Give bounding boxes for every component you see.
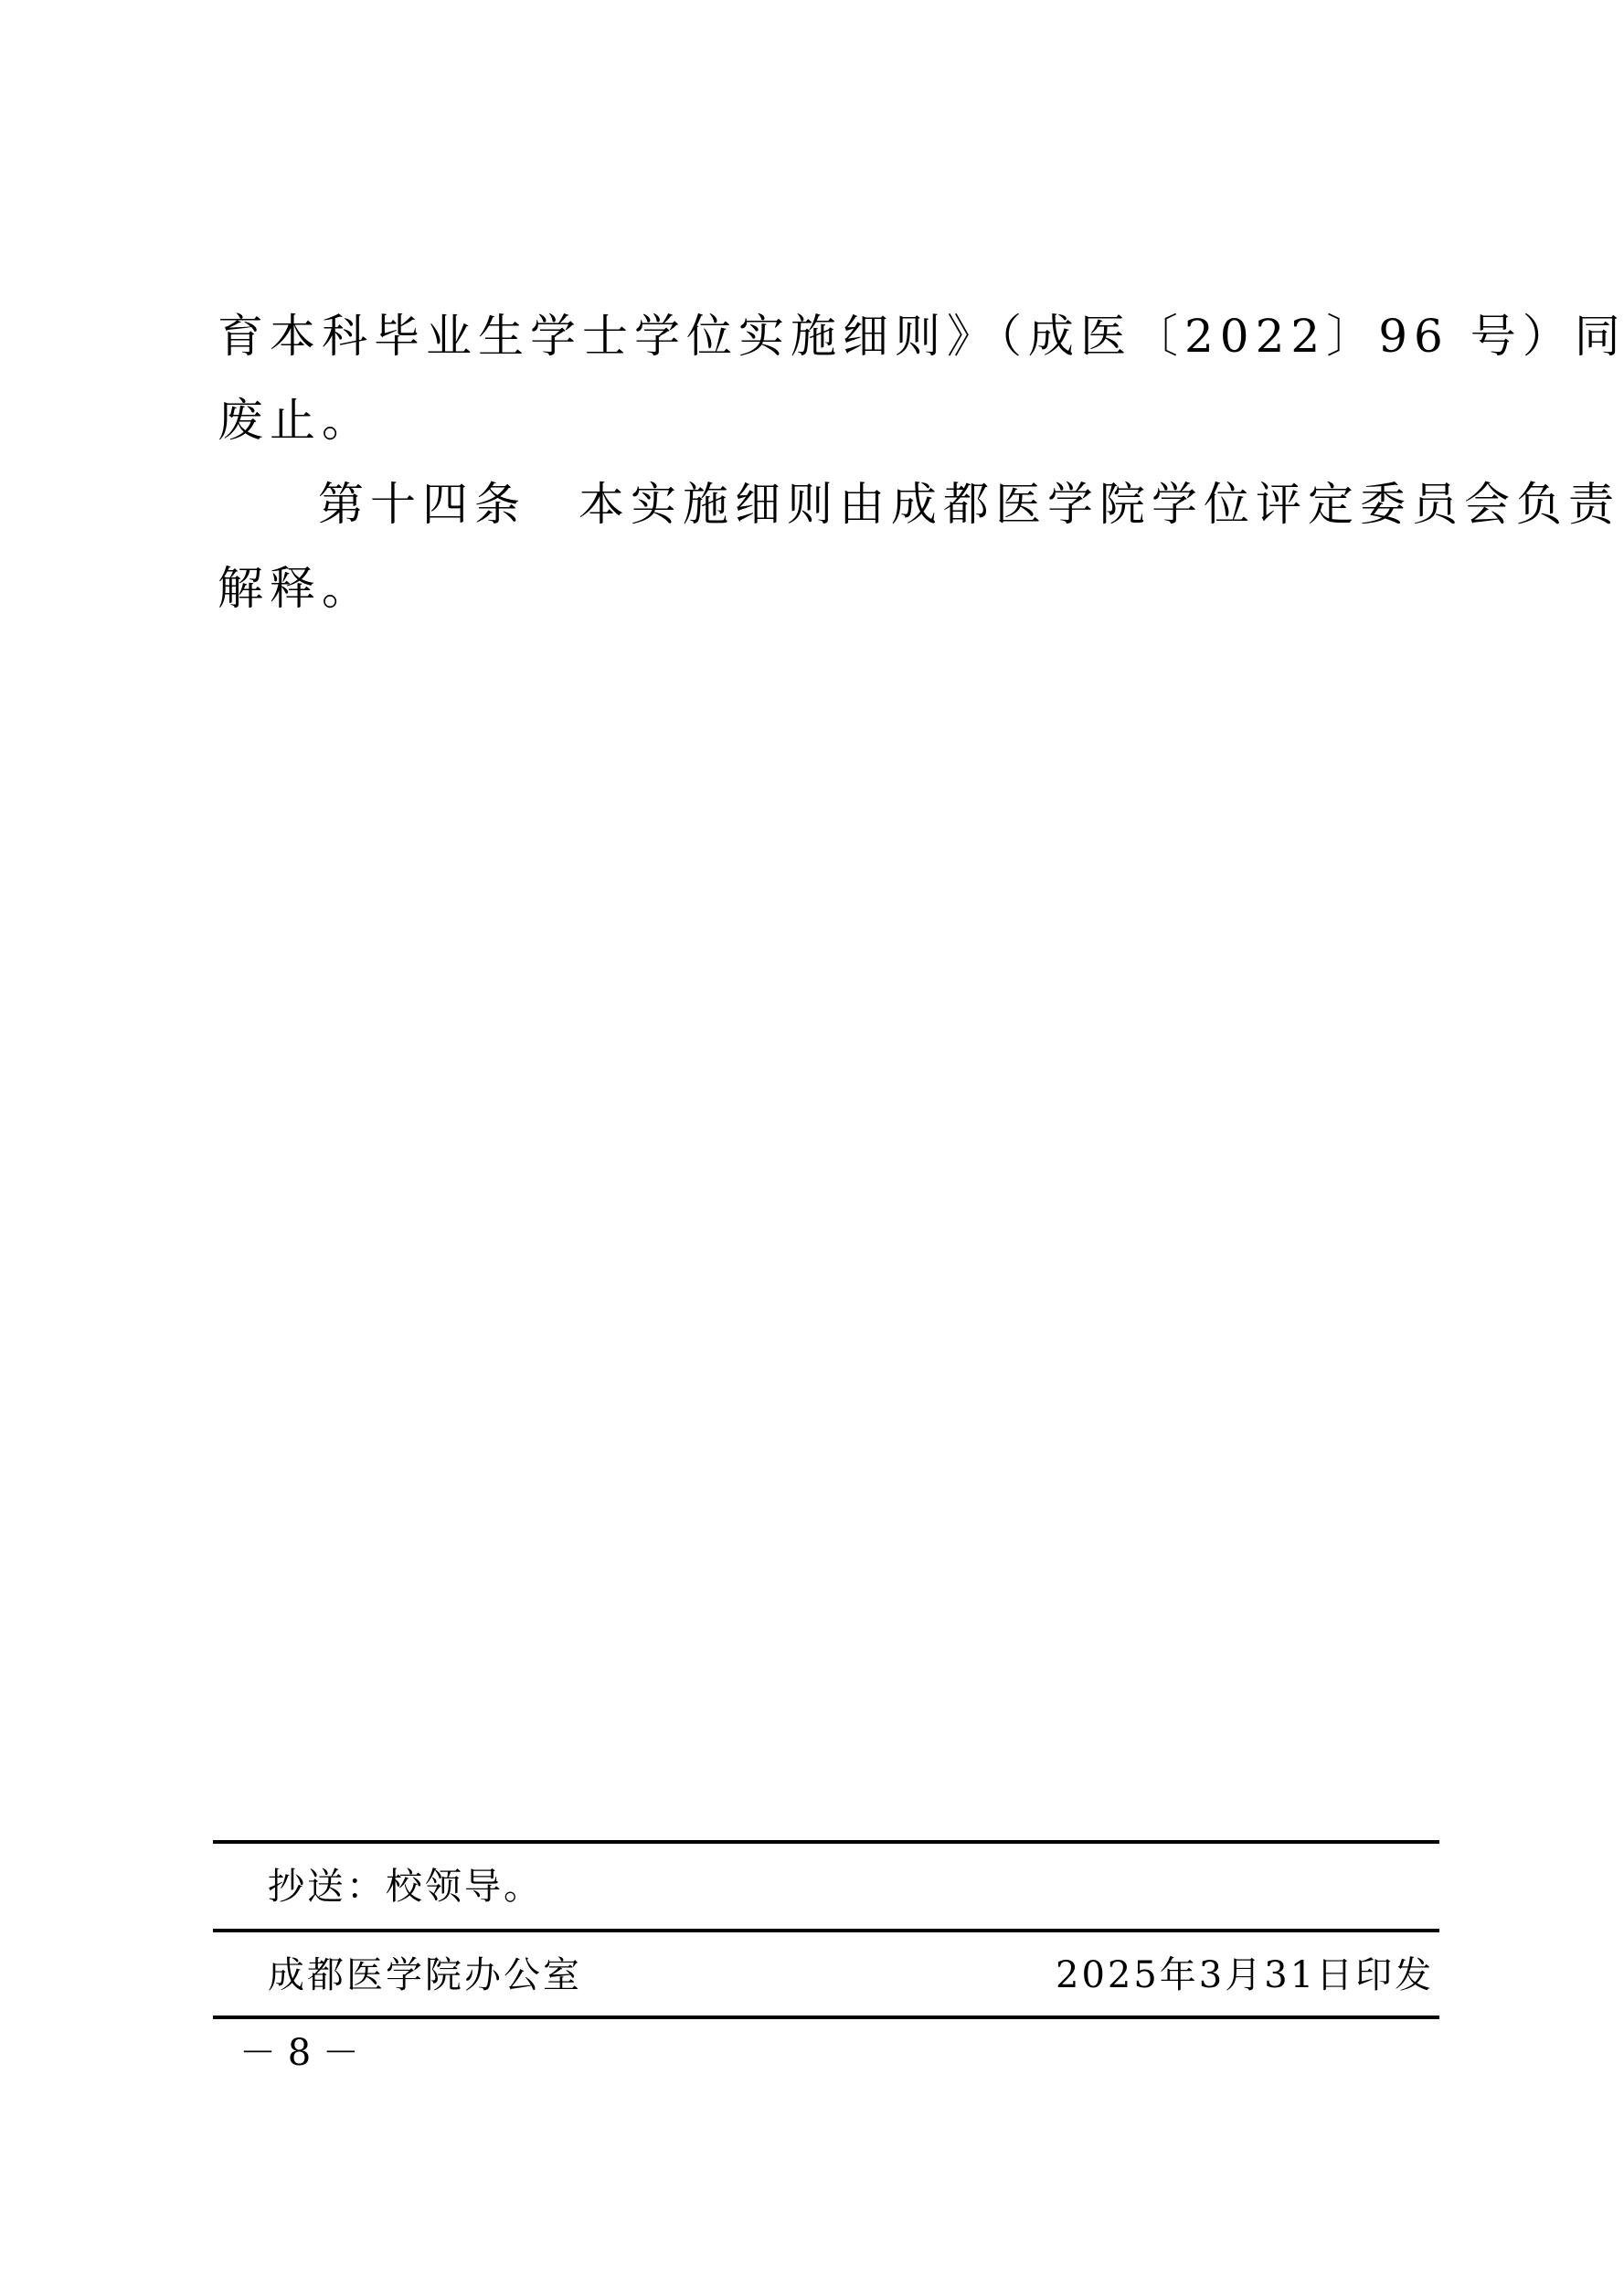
divider-top	[213, 1840, 1439, 1844]
divider-middle	[213, 1929, 1439, 1932]
cc-recipients: 抄送：校领导。	[268, 1864, 543, 1910]
divider-bottom	[213, 2016, 1439, 2019]
issue-date: 2025年3月31日印发	[1056, 1952, 1434, 1998]
body-line-1: 育本科毕业生学士学位实施细则》（成医〔2022〕96 号）同时	[218, 309, 1442, 364]
issuing-office: 成都医学院办公室	[268, 1952, 582, 1998]
page-number: － 8 －	[239, 2030, 359, 2076]
body-line-2: 废止。	[218, 393, 1442, 448]
article-14: 第十四条 本实施细则由成都医学院学位评定委员会负责	[318, 477, 1442, 532]
body-line-4: 解释。	[218, 561, 1442, 616]
